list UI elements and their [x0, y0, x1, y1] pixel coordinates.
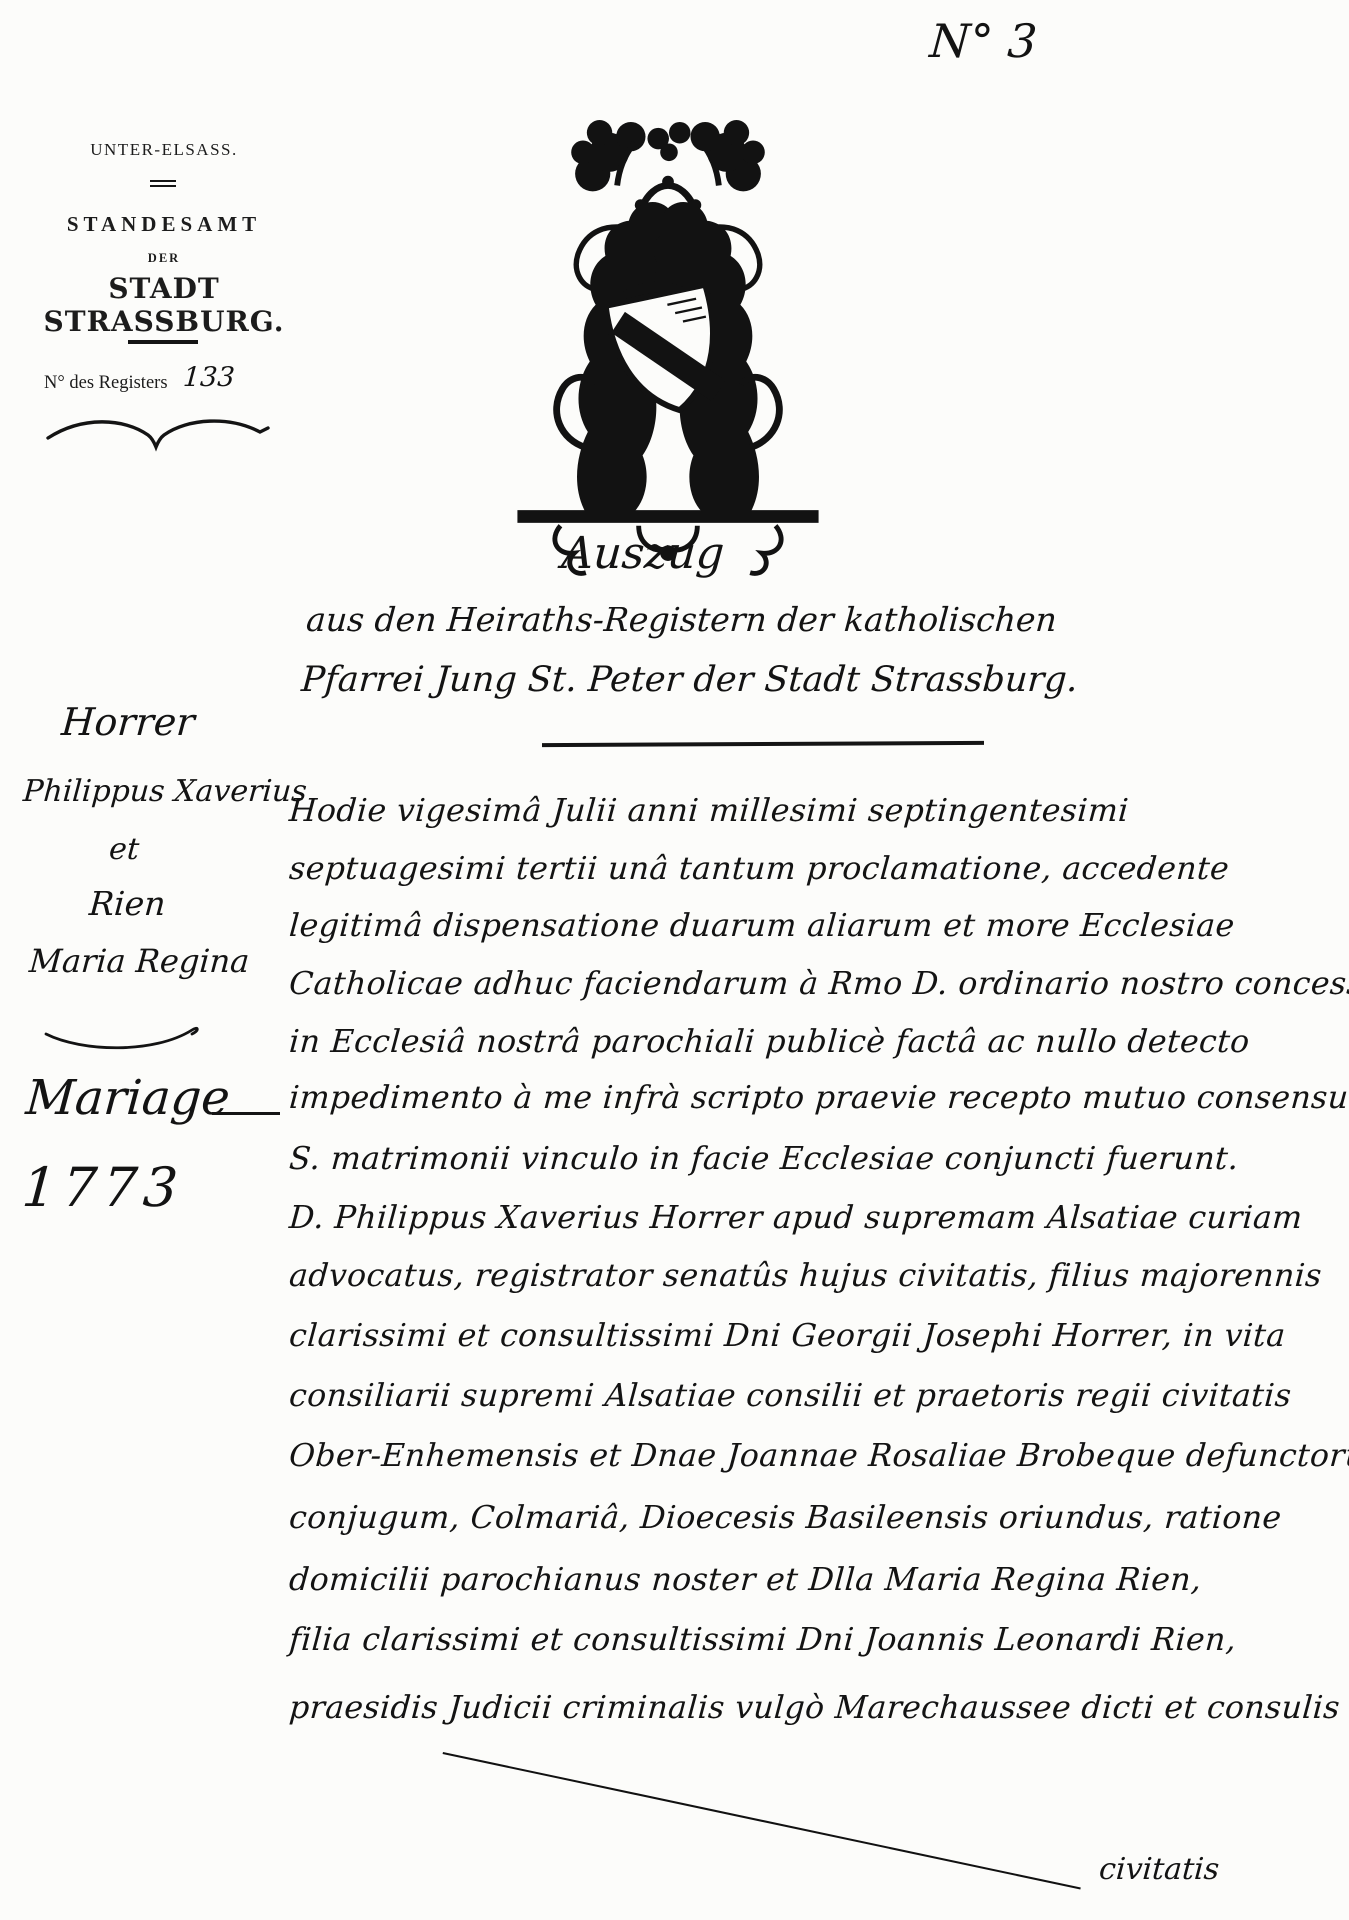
- margin-conjunction: et: [108, 832, 140, 867]
- body-line: impedimento à me infrà scripto praevie r…: [288, 1080, 1349, 1116]
- margin-event: Mariage: [24, 1070, 232, 1126]
- body-line: D. Philippus Xaverius Horrer apud suprem…: [288, 1200, 1304, 1236]
- body-line: Ober-Enhemensis et Dnae Joannae Rosaliae…: [288, 1438, 1349, 1474]
- margin-bride-surname: Rien: [88, 884, 167, 923]
- letterhead-region: UNTER-ELSASS.: [34, 140, 294, 160]
- heading-line2: aus den Heiraths-Registern der katholisc…: [305, 600, 1058, 639]
- heading-line3: Pfarrei Jung St. Peter der Stadt Strassb…: [300, 660, 1079, 700]
- margin-flourish: [42, 1016, 212, 1058]
- margin-bride-given: Maria Regina: [28, 942, 251, 980]
- heading-rule: [542, 741, 984, 747]
- letterhead-double-rule-top: [150, 180, 176, 182]
- letterhead-rule: [128, 340, 198, 344]
- body-line: Hodie vigesimâ Julii anni millesimi sept…: [288, 793, 1130, 829]
- catchword: civitatis: [1098, 1852, 1220, 1887]
- body-line: praesidis Judicii criminalis vulgò Marec…: [288, 1690, 1341, 1726]
- body-line: legitimâ dispensatione duarum aliarum et…: [288, 908, 1236, 944]
- letterhead-double-rule-bottom: [150, 185, 176, 187]
- margin-year: 1773: [20, 1156, 186, 1219]
- margin-groom-surname: Horrer: [60, 700, 196, 744]
- body-line: Catholicae adhuc faciendarum à Rmo D. or…: [288, 966, 1349, 1002]
- register-number-line: N° des Registers 133: [44, 364, 234, 395]
- letterhead-brace-flourish: [42, 408, 272, 458]
- body-line: clarissimi et consultissimi Dni Georgii …: [288, 1318, 1287, 1354]
- letterhead-city: STADT STRASSBURG.: [34, 272, 294, 338]
- body-line: advocatus, registrator senatûs hujus civ…: [288, 1258, 1323, 1294]
- page-number-annotation: N° 3: [928, 14, 1039, 68]
- margin-groom-given: Philippus Xaverius: [22, 774, 308, 809]
- letterhead-der: DER: [34, 251, 294, 266]
- letterhead-office: STANDESAMT: [34, 212, 294, 237]
- strassburg-coat-of-arms: [492, 90, 844, 590]
- body-line: consiliarii supremi Alsatiae consilii et…: [288, 1378, 1293, 1414]
- closing-diagonal-stroke: [443, 1752, 1081, 1890]
- body-line: in Ecclesiâ nostrâ parochiali publicè fa…: [288, 1024, 1251, 1060]
- margin-event-dash: [212, 1112, 280, 1115]
- register-number-value: 133: [182, 362, 236, 393]
- body-line: domicilii parochianus noster et Dlla Mar…: [288, 1562, 1203, 1598]
- register-number-label: N° des Registers: [44, 373, 168, 393]
- body-line: septuagesimi tertii unâ tantum proclamat…: [288, 851, 1230, 887]
- body-line: conjugum, Colmariâ, Dioecesis Basileensi…: [288, 1500, 1283, 1536]
- body-line: S. matrimonii vinculo in facie Ecclesiae…: [288, 1141, 1240, 1177]
- heading-title: Auszug: [560, 528, 726, 579]
- body-line: filia clarissimi et consultissimi Dni Jo…: [288, 1622, 1237, 1658]
- document-sheet: N° 3 UNTER-ELSASS. STANDESAMT DER STADT …: [0, 0, 1349, 1920]
